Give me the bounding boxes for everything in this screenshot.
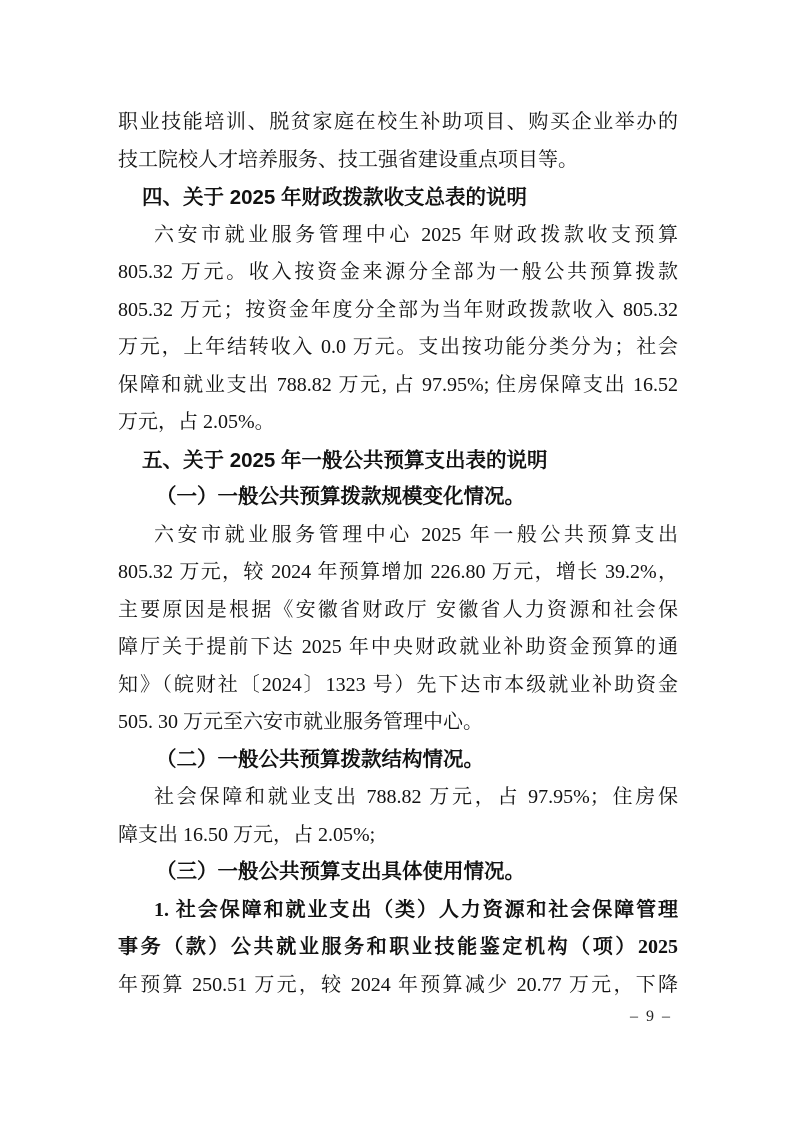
subsection-heading-1: （一）一般公共预算拨款规模变化情况。 [118, 479, 678, 517]
numbered-item-line: 1. 社会保障和就业支出（类）人力资源和社会保障管理 [118, 892, 678, 930]
body-line: 805.32 万元，较 2024 年预算增加 226.80 万元，增长 39.2… [118, 554, 678, 592]
body-line: 505. 30 万元至六安市就业服务管理中心。 [118, 704, 678, 742]
body-line: 障支出 16.50 万元，占 2.05%; [118, 817, 678, 855]
body-line: 805.32 万元；按资金年度分全部为当年财政拨款收入 805.32 [118, 292, 678, 330]
subsection-heading-3: （三）一般公共预算支出具体使用情况。 [118, 854, 678, 892]
body-line: 六安市就业服务管理中心 2025 年一般公共预算支出 [118, 517, 678, 555]
body-line: 职业技能培训、脱贫家庭在校生补助项目、购买企业举办的 [118, 104, 678, 142]
body-line: 年预算 250.51 万元，较 2024 年预算减少 20.77 万元，下降 [118, 967, 678, 1005]
body-line: 技工院校人才培养服务、技工强省建设重点项目等。 [118, 142, 678, 180]
body-line: 障厅关于提前下达 2025 年中央财政就业补助资金预算的通 [118, 629, 678, 667]
section-heading-five: 五、关于 2025 年一般公共预算支出表的说明 [118, 442, 678, 480]
document-page: 职业技能培训、脱贫家庭在校生补助项目、购买企业举办的 技工院校人才培养服务、技工… [0, 0, 794, 1122]
page-number: – 9 – [630, 1008, 672, 1026]
document-body: 职业技能培训、脱贫家庭在校生补助项目、购买企业举办的 技工院校人才培养服务、技工… [118, 104, 678, 1004]
body-line: 保障和就业支出 788.82 万元, 占 97.95%; 住房保障支出 16.5… [118, 367, 678, 405]
body-line: 主要原因是根据《安徽省财政厅 安徽省人力资源和社会保 [118, 592, 678, 630]
body-line: 805.32 万元。收入按资金来源分全部为一般公共预算拨款 [118, 254, 678, 292]
body-line: 六安市就业服务管理中心 2025 年财政拨款收支预算 [118, 217, 678, 255]
body-line: 万元，占 2.05%。 [118, 404, 678, 442]
section-heading-four: 四、关于 2025 年财政拨款收支总表的说明 [118, 179, 678, 217]
body-line: 社会保障和就业支出 788.82 万元，占 97.95%；住房保 [118, 779, 678, 817]
numbered-item-line: 事务（款）公共就业服务和职业技能鉴定机构（项）2025 [118, 929, 678, 967]
subsection-heading-2: （二）一般公共预算拨款结构情况。 [118, 742, 678, 780]
body-line: 知》（皖财社〔2024〕1323 号）先下达市本级就业补助资金 [118, 667, 678, 705]
body-line: 万元，上年结转收入 0.0 万元。支出按功能分类分为；社会 [118, 329, 678, 367]
